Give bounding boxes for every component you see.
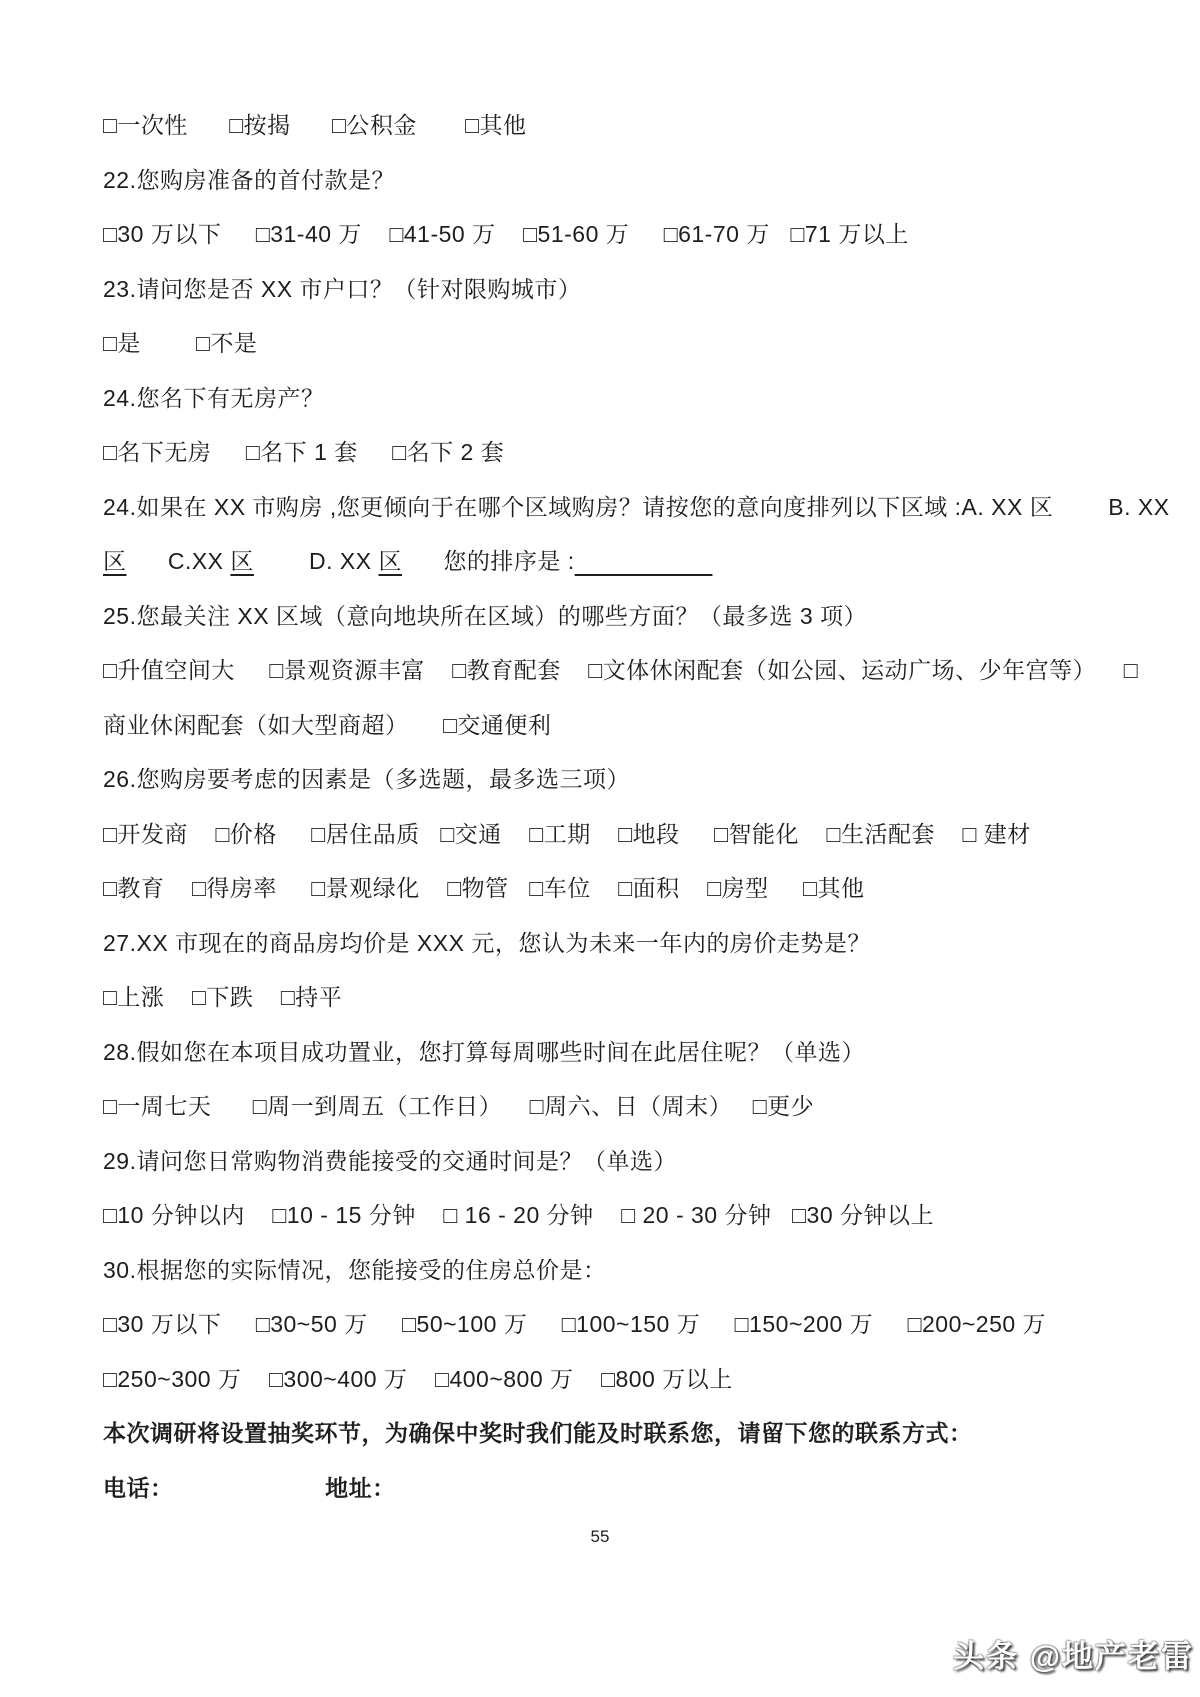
- line-q25: 25.您最关注 XX 区域（意向地块所在区域）的哪些方面？（最多选 3 项）: [103, 589, 1103, 644]
- line-q24a-options: □名下无房 □名下 1 套 □名下 2 套: [103, 425, 1103, 480]
- line-q27-options: □上涨 □下跌 □持平: [103, 970, 1103, 1025]
- line-q25-options-2: 商业休闲配套（如大型商超） □交通便利: [103, 698, 1103, 753]
- document-page: □一次性 □按揭 □公积金 □其他22.您购房准备的首付款是？□30 万以下 □…: [0, 0, 1200, 1697]
- questionnaire-body: □一次性 □按揭 □公积金 □其他22.您购房准备的首付款是？□30 万以下 □…: [103, 98, 1103, 1515]
- text-segment: □10 分钟以内 □10 - 15 分钟 □ 16 - 20 分钟 □ 20 -…: [103, 1202, 934, 1228]
- page-number: 55: [0, 1527, 1200, 1547]
- text-segment: □250~300 万 □300~400 万 □400~800 万 □800 万以…: [103, 1366, 733, 1392]
- text-segment: 28.假如您在本项目成功置业，您打算每周哪些时间在此居住呢？（单选）: [103, 1039, 865, 1065]
- text-segment: 本次调研将设置抽奖环节，为确保中奖时我们能及时联系您，请留下您的联系方式：: [103, 1420, 973, 1446]
- text-segment: C.XX: [127, 548, 231, 574]
- watermark: 头条 @地产老雷: [953, 1631, 1194, 1676]
- line-q25-options-1: □升值空间大 □景观资源丰富 □教育配套 □文体休闲配套（如公园、运动广场、少年…: [103, 643, 1103, 698]
- line-q30: 30.根据您的实际情况，您能接受的住房总价是：: [103, 1243, 1103, 1298]
- text-segment: 您的排序是 :: [402, 548, 575, 574]
- text-segment: 商业休闲配套（如大型商超） □交通便利: [103, 712, 551, 738]
- text-segment: □30 万以下 □31-40 万 □41-50 万 □51-60 万 □61-7…: [103, 221, 909, 247]
- text-segment: 23.请问您是否 XX 市户口？（针对限购城市）: [103, 276, 581, 302]
- line-q21-options: □一次性 □按揭 □公积金 □其他: [103, 98, 1103, 153]
- line-q24b-line1: 24.如果在 XX 市购房 ,您更倾向于在哪个区域购房？请按您的意向度排列以下区…: [103, 480, 1103, 535]
- text-segment: □上涨 □下跌 □持平: [103, 984, 342, 1010]
- line-q29-options: □10 分钟以内 □10 - 15 分钟 □ 16 - 20 分钟 □ 20 -…: [103, 1188, 1103, 1243]
- text-segment: 24.如果在 XX 市购房 ,您更倾向于在哪个区域购房？请按您的意向度排列以下区…: [103, 494, 1170, 520]
- text-segment: □教育 □得房率 □景观绿化 □物管 □车位 □面积 □房型 □其他: [103, 875, 864, 901]
- text-segment: 电话： 地址：: [103, 1475, 396, 1501]
- text-segment: 24.您名下有无房产？: [103, 385, 324, 411]
- line-q29: 29.请问您日常购物消费能接受的交通时间是？（单选）: [103, 1134, 1103, 1189]
- underline-blank: 区: [230, 548, 254, 574]
- line-q28: 28.假如您在本项目成功置业，您打算每周哪些时间在此居住呢？（单选）: [103, 1025, 1103, 1080]
- underline-blank: 区: [379, 548, 403, 574]
- line-q27: 27.XX 市现在的商品房均价是 XXX 元，您认为未来一年内的房价走势是？: [103, 916, 1103, 971]
- text-segment: □是 □不是: [103, 330, 257, 356]
- line-q30-options-1: □30 万以下 □30~50 万 □50~100 万 □100~150 万 □1…: [103, 1297, 1103, 1352]
- text-segment: 30.根据您的实际情况，您能接受的住房总价是：: [103, 1257, 606, 1283]
- line-q26-options-2: □教育 □得房率 □景观绿化 □物管 □车位 □面积 □房型 □其他: [103, 861, 1103, 916]
- text-segment: 25.您最关注 XX 区域（意向地块所在区域）的哪些方面？（最多选 3 项）: [103, 603, 867, 629]
- underline-blank: [575, 548, 713, 574]
- line-contact-note: 本次调研将设置抽奖环节，为确保中奖时我们能及时联系您，请留下您的联系方式：: [103, 1406, 1103, 1461]
- line-q23: 23.请问您是否 XX 市户口？（针对限购城市）: [103, 262, 1103, 317]
- line-q28-options: □一周七天 □周一到周五（工作日） □周六、日（周末） □更少: [103, 1079, 1103, 1134]
- text-segment: 26.您购房要考虑的因素是（多选题，最多选三项）: [103, 766, 630, 792]
- line-q22: 22.您购房准备的首付款是？: [103, 153, 1103, 208]
- text-segment: □一次性 □按揭 □公积金 □其他: [103, 112, 526, 138]
- line-q22-options: □30 万以下 □31-40 万 □41-50 万 □51-60 万 □61-7…: [103, 207, 1103, 262]
- line-contact-fields: 电话： 地址：: [103, 1461, 1103, 1516]
- text-segment: □一周七天 □周一到周五（工作日） □周六、日（周末） □更少: [103, 1093, 814, 1119]
- line-q26: 26.您购房要考虑的因素是（多选题，最多选三项）: [103, 752, 1103, 807]
- line-q23-options: □是 □不是: [103, 316, 1103, 371]
- text-segment: □名下无房 □名下 1 套 □名下 2 套: [103, 439, 504, 465]
- text-segment: □升值空间大 □景观资源丰富 □教育配套 □文体休闲配套（如公园、运动广场、少年…: [103, 657, 1138, 683]
- text-segment: 22.您购房准备的首付款是？: [103, 167, 395, 193]
- text-segment: 29.请问您日常购物消费能接受的交通时间是？（单选）: [103, 1148, 677, 1174]
- text-segment: □开发商 □价格 □居住品质 □交通 □工期 □地段 □智能化 □生活配套 □ …: [103, 821, 1031, 847]
- line-q30-options-2: □250~300 万 □300~400 万 □400~800 万 □800 万以…: [103, 1352, 1103, 1407]
- text-segment: □30 万以下 □30~50 万 □50~100 万 □100~150 万 □1…: [103, 1311, 1046, 1337]
- line-q26-options-1: □开发商 □价格 □居住品质 □交通 □工期 □地段 □智能化 □生活配套 □ …: [103, 807, 1103, 862]
- text-segment: 27.XX 市现在的商品房均价是 XXX 元，您认为未来一年内的房价走势是？: [103, 930, 871, 956]
- line-q24b-line2: 区 C.XX 区 D. XX 区 您的排序是 :: [103, 534, 1103, 589]
- text-segment: D. XX: [254, 548, 379, 574]
- line-q24a: 24.您名下有无房产？: [103, 371, 1103, 426]
- underline-blank: 区: [103, 548, 127, 574]
